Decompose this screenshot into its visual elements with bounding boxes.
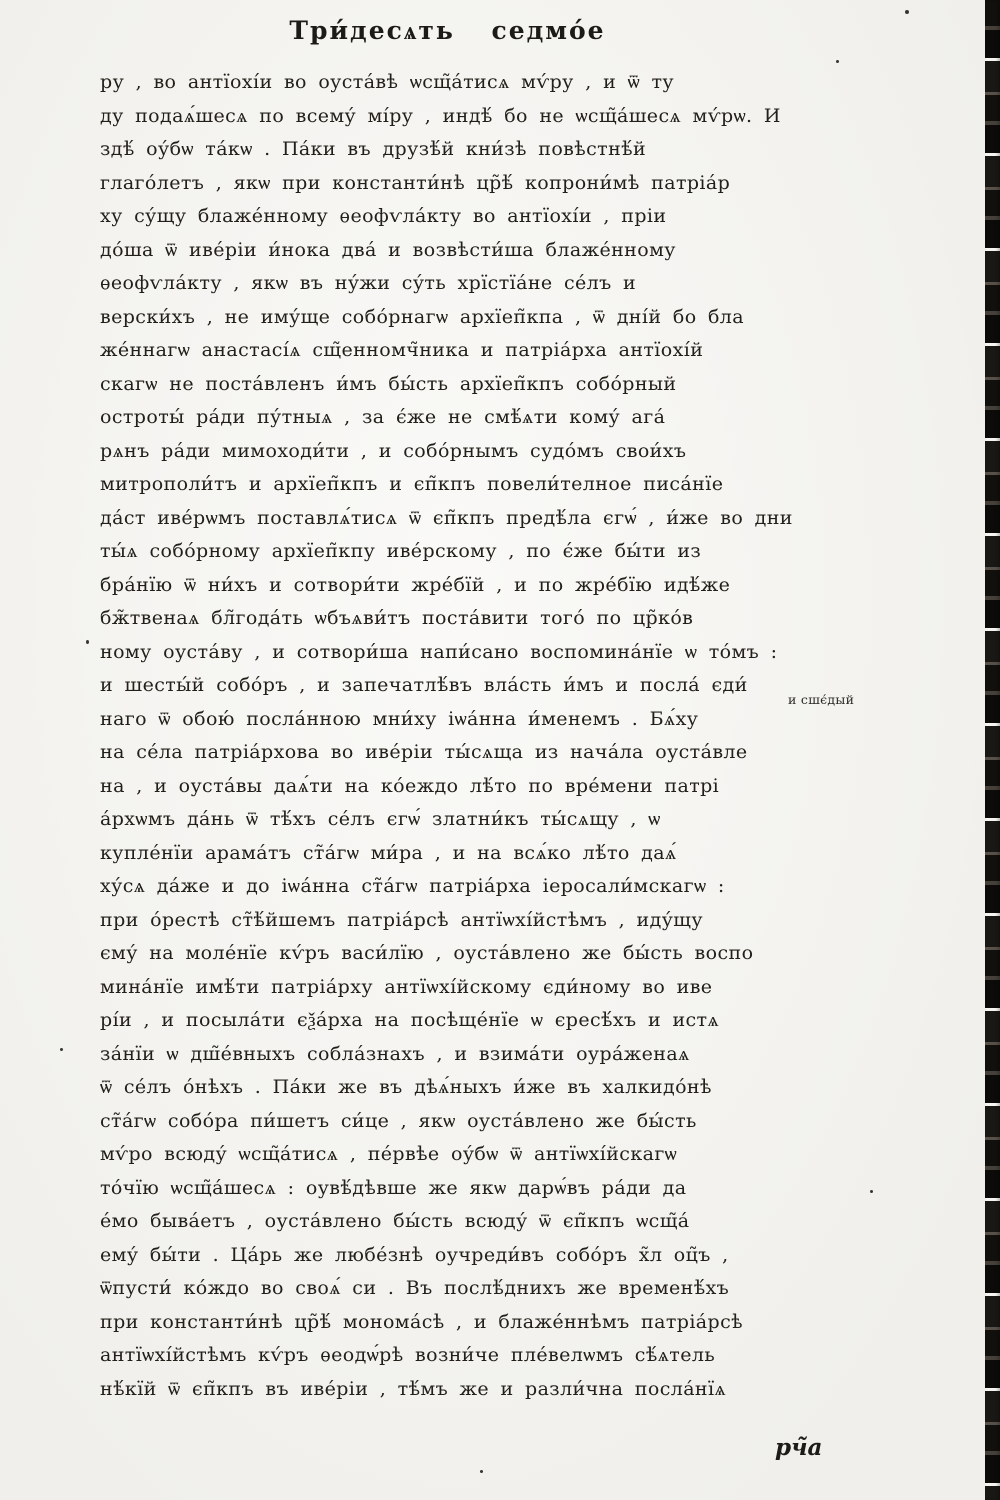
text-line: остроты́ ра́ди пу́тныѧ , за є́же не смѣ́… (100, 401, 795, 435)
text-line: на се́ла патріа́рхова во иве́ріи ты́сѧща… (100, 736, 795, 770)
text-line: же́ннагѡ анастасі́ѧ сщ̃енномч̃ника и пат… (100, 334, 795, 368)
text-line: ху́сѧ да́же и до іѡа́нна ст̃а́гѡ патріа́… (100, 870, 795, 904)
text-line: при о́рестѣ ст̃ѣ́йшемъ патріа́рсѣ антїѡх… (100, 904, 795, 938)
scan-edge-artifact (985, 0, 1000, 1500)
text-line: антїѡхі́йстѣмъ кѵ́ръ ѳеодѡ́рѣ возни́че п… (100, 1339, 795, 1373)
text-line: бра́нїю ѿ ни́хъ и сотвори́ти жре́бїй , и… (100, 569, 795, 603)
text-line: бж̃твенаѧ бл̃года́ть ѡбъѧви́тъ поста́вит… (100, 602, 795, 636)
scan-speck (86, 640, 89, 644)
folio-number: рч̃а (775, 1434, 822, 1461)
text-line: на , и оуста́вы даѧ́ти на ко́еждо лѣ́то … (100, 770, 795, 804)
text-line: и шесты́й собо́ръ , и запечатлѣ́въ вла́с… (100, 669, 795, 703)
scan-speck (480, 1470, 483, 1473)
text-line: митрополи́тъ и архїеп̃кпъ и єп̃кпъ повел… (100, 468, 795, 502)
text-line: верски́хъ , не иму́ще собо́рнагѡ архїеп̃… (100, 301, 795, 335)
text-line: купле́нїи арама́тъ ст̃а́гѡ ми́ра , и на … (100, 837, 795, 871)
text-line: мина́нїе имѣ́ти патріа́рху антїѡхі́йском… (100, 971, 795, 1005)
scan-speck (870, 1190, 873, 1193)
text-line: до́ша ѿ иве́ріи и́нока два́ и возвѣсти́ш… (100, 234, 795, 268)
text-line: ру , во антїохі́и во оуста́вѣ ѡсщ̃а́тисѧ… (100, 66, 795, 100)
text-line: мѵ́ро всюду́ ѡсщ̃а́тисѧ , пе́рвѣе оу́бѡ … (100, 1138, 795, 1172)
text-line: ху су́щу блаже́нному ѳеофѵла́кту во антї… (100, 200, 795, 234)
text-line: за́нїи ѡ дш̃е́вныхъ собла́знахъ , и взим… (100, 1038, 795, 1072)
text-line: ему́ бы́ти . Ца́рь же любе́знѣ оучреди́в… (100, 1239, 795, 1273)
text-line: ѿ се́лъ о́нѣхъ . Па́ки же въ дѣѧ́ныхъ и́… (100, 1071, 795, 1105)
text-line: наго ѿ обою́ посла́нною мни́ху іѡа́нна и… (100, 703, 795, 737)
text-line: здѣ́ оу́бѡ та́кѡ . Па́ки въ друзѣ́й кни́… (100, 133, 795, 167)
text-line: рі́и , и посыла́ти єѯа́рха на посѣще́нїе… (100, 1004, 795, 1038)
text-line: е́мо быва́етъ , оуста́влено бы́сть всюду… (100, 1205, 795, 1239)
text-line: ты́ѧ собо́рному архїеп̃кпу иве́рскому , … (100, 535, 795, 569)
text-block: ру , во антїохі́и во оуста́вѣ ѡсщ̃а́тисѧ… (100, 66, 795, 1406)
text-line: ѿпусти́ ко́ждо во своѧ́ си . Въ послѣ́дн… (100, 1272, 795, 1306)
scan-speck (60, 1048, 63, 1051)
scan-speck (836, 60, 839, 63)
text-line: скагѡ не поста́вленъ и́мъ бы́сть архїеп̃… (100, 368, 795, 402)
text-line: ст̃а́гѡ собо́ра пи́шетъ си́це , якѡ оуст… (100, 1105, 795, 1139)
margin-note: и сшє́дый (788, 692, 948, 707)
text-line: рѧнъ ра́ди мимоходи́ти , и собо́рнымъ су… (100, 435, 795, 469)
text-line: ду подаѧ́шесѧ по всему́ мі́ру , индѣ́ бо… (100, 100, 795, 134)
text-line: ѳеофѵла́кту , якѡ въ ну́жи су́ть хрїстїа… (100, 267, 795, 301)
text-line: ному оуста́ву , и сотвори́ша напи́сано в… (100, 636, 795, 670)
scan-speck (905, 10, 909, 14)
chapter-heading: Три́десѧть седмо́е (100, 16, 795, 46)
book-page-scan: Три́десѧть седмо́е ру , во антїохі́и во … (0, 0, 1000, 1500)
text-line: глаго́летъ , якѡ при константи́нѣ цр̃ѣ́ … (100, 167, 795, 201)
text-line: при константи́нѣ цр̃ѣ́ монома́сѣ , и бла… (100, 1306, 795, 1340)
text-line: а́рхѡмъ да́нь ѿ тѣ́хъ се́лъ єгѡ́ златни́… (100, 803, 795, 837)
text-line: да́ст иве́рѡмъ поставлѧ́тисѧ ѿ єп̃кпъ пр… (100, 502, 795, 536)
text-line: нѣ́кїй ѿ єп̃кпъ въ иве́ріи , тѣ́мъ же и … (100, 1373, 795, 1407)
text-line: єму́ на моле́нїе кѵ́ръ васи́лїю , оуста́… (100, 937, 795, 971)
text-line: то́чїю ѡсщ̃а́шесѧ : оувѣ́дѣвше же якѡ да… (100, 1172, 795, 1206)
